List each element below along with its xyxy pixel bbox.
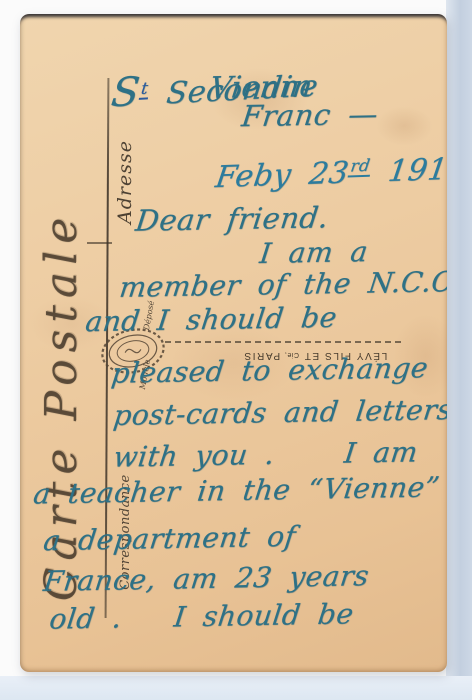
date-day: Feby 23 <box>213 155 351 195</box>
message-line: a department of <box>42 520 298 557</box>
message-line: post-cards and letters <box>112 393 447 432</box>
publisher-dashed-line <box>165 341 401 343</box>
message-line: with you . I am <box>112 435 420 473</box>
message-line: old . I should be <box>48 597 356 635</box>
postcard-scan: { "scene": { "background_right_color": "… <box>0 0 472 700</box>
date-year: 1919 <box>368 151 447 189</box>
scan-background-bottom <box>0 676 472 700</box>
scan-background-right <box>446 0 472 700</box>
message-line: a teacher in the “Vienne” <box>32 470 442 510</box>
message-line: I am a <box>258 235 370 270</box>
message-line: pleased to exchange <box>110 351 431 390</box>
message-line: France, am 23 years <box>42 559 371 598</box>
message-line: and I should be <box>84 301 339 338</box>
message-line-salutation: Dear friend. <box>134 200 331 237</box>
place-initial: S <box>109 69 143 116</box>
message-line: member of the N.C.C <box>118 265 447 304</box>
postcard-back: Carte Postale Adresse Correspondance LÉV… <box>20 14 447 672</box>
